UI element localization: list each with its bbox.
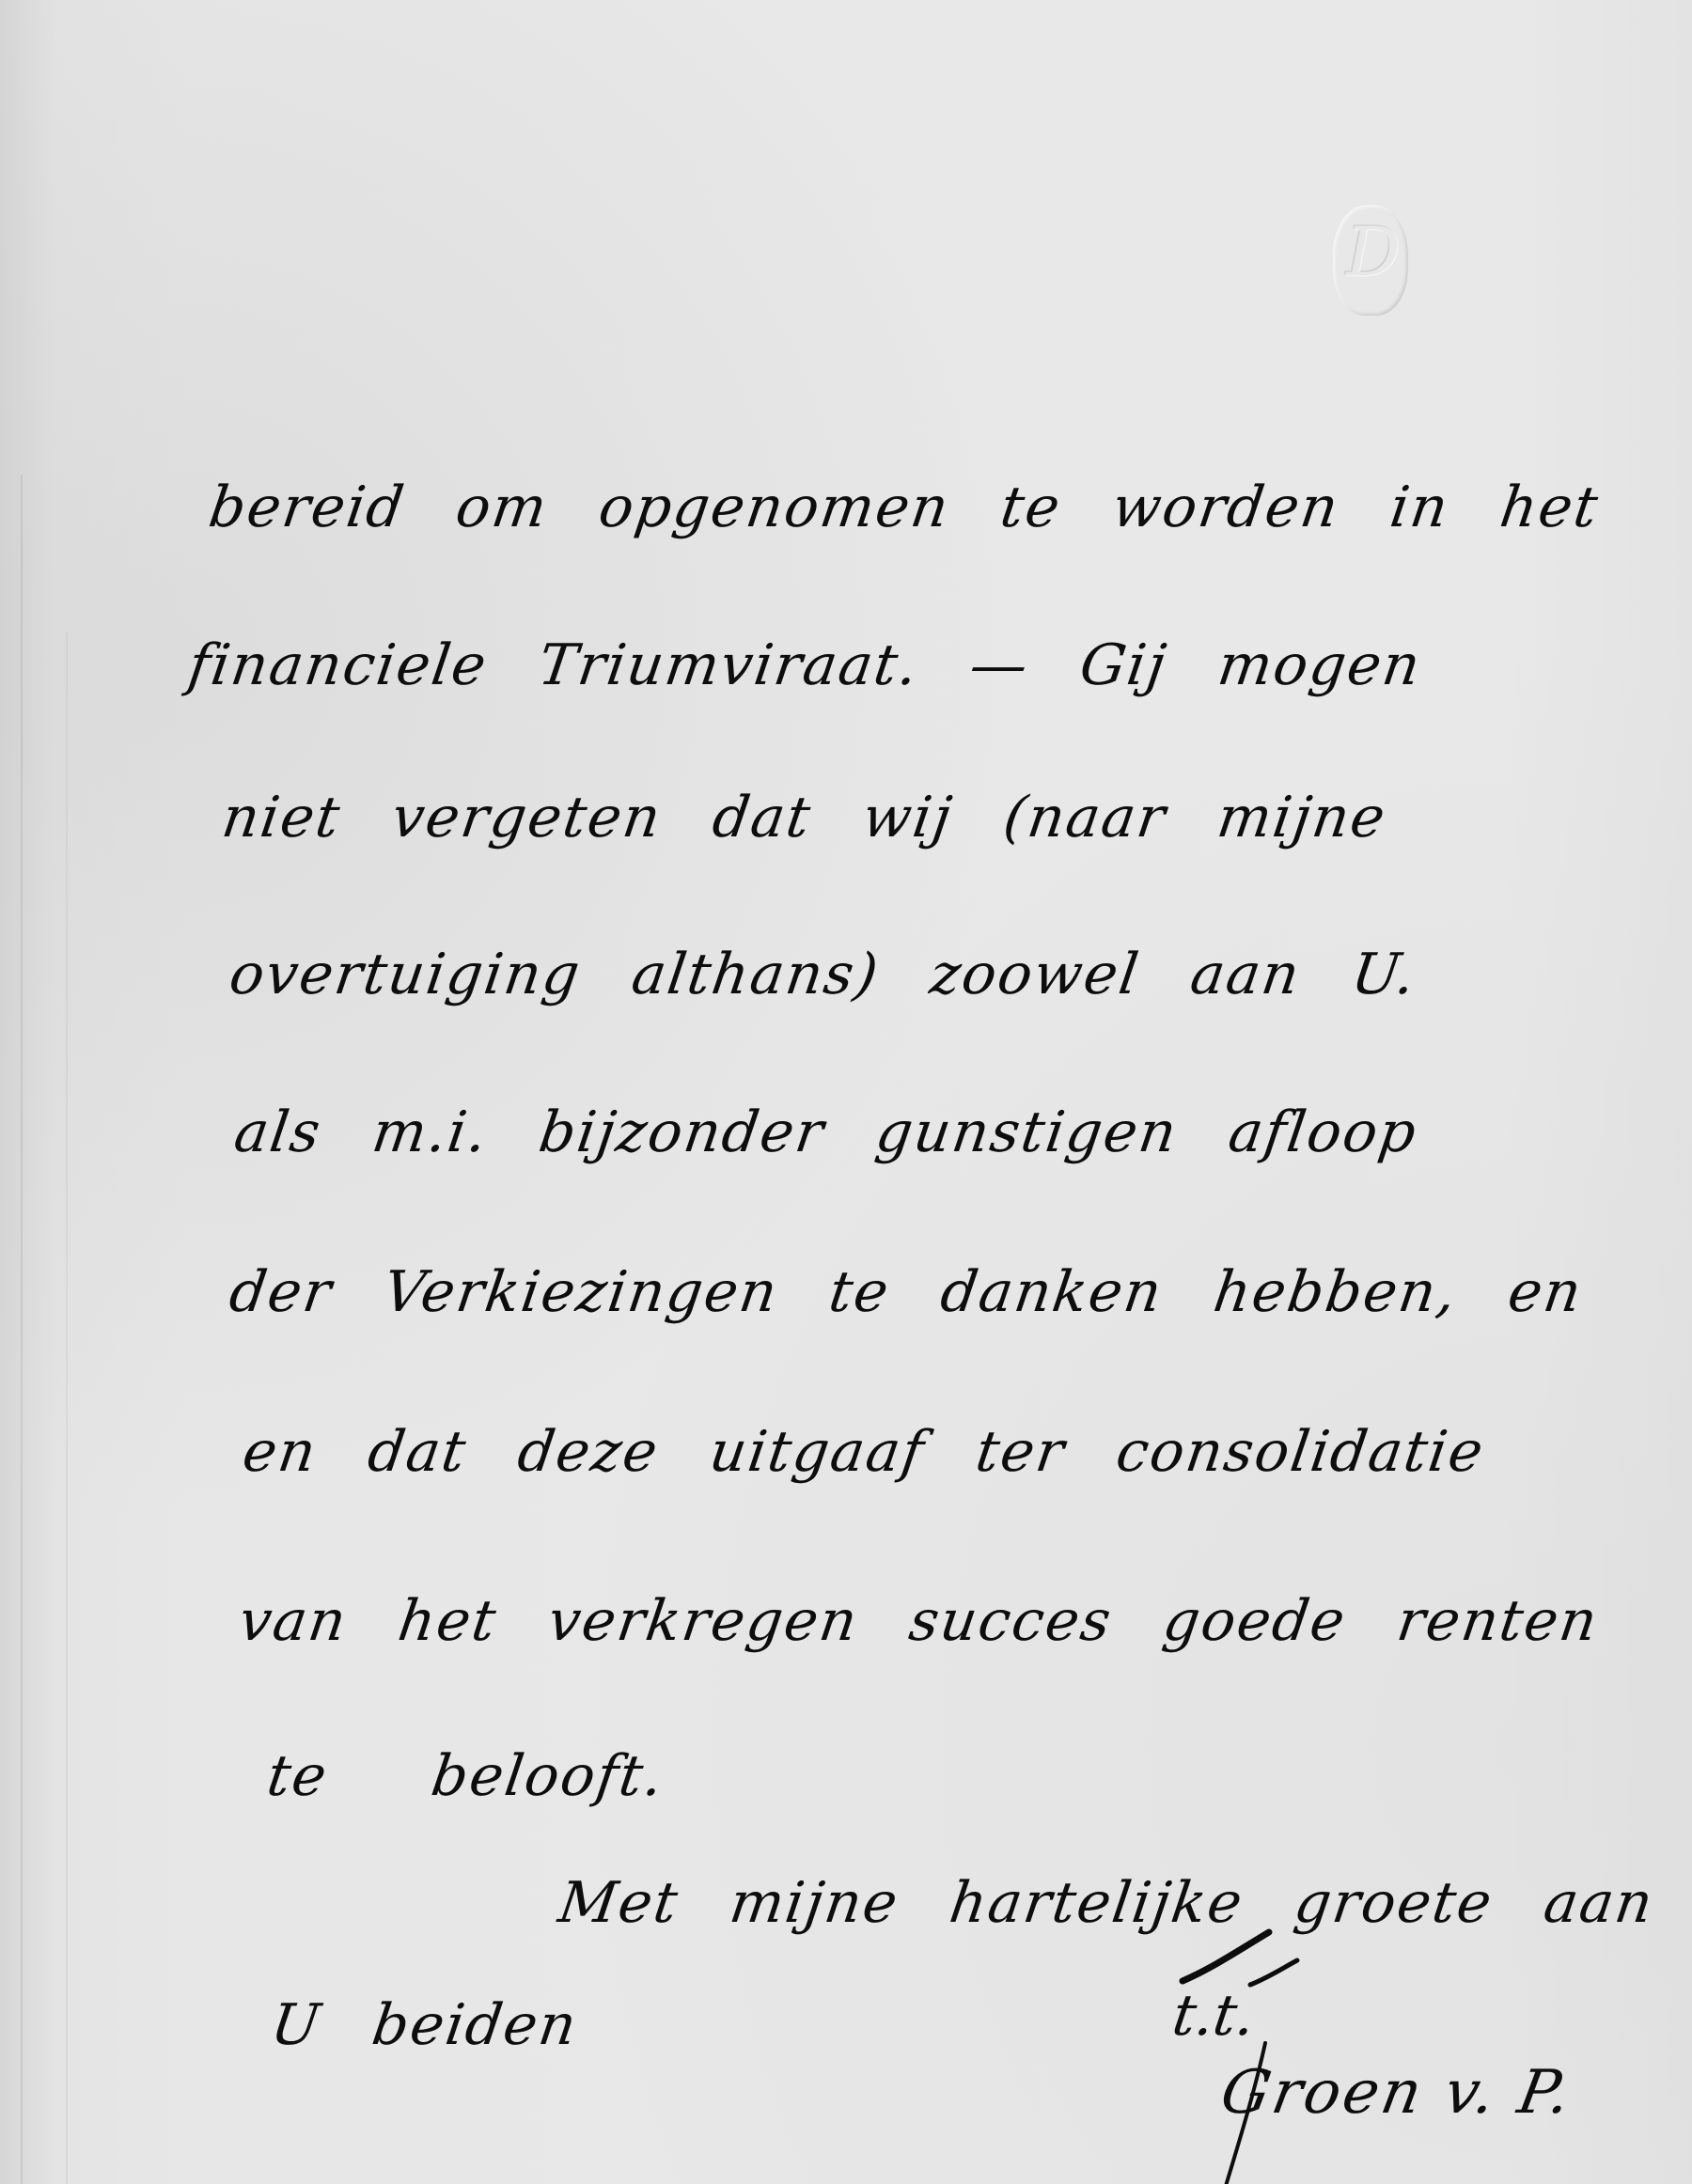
monogram-glyph: D [1346, 218, 1401, 286]
letter-line-9: te belooft. [263, 1743, 668, 1809]
letter-line-5: als m.i. bijzonder gunstigen afloop [230, 1100, 1421, 1165]
embossed-monogram-stamp: D [1333, 205, 1408, 316]
signature: Groen v. P. [1215, 2058, 1577, 2128]
paper-edge-line [21, 475, 23, 2184]
letter-line-1: bereid om opgenomen te worden in het [205, 475, 1604, 540]
letter-line-8: van het verkregen succes goede renten [235, 1588, 1603, 1654]
letter-page: D bereid om opgenomen te worden in het f… [0, 0, 1692, 2184]
closing-greeting-recipients: U beiden [267, 1992, 582, 2058]
closing-greeting: Met mijne hartelijke groete aan [555, 1870, 1658, 1936]
letter-line-7: en dat deze uitgaaf ter consolidatie [239, 1419, 1489, 1485]
letter-line-6: der Verkiezingen te danken hebben, en [226, 1259, 1587, 1325]
letter-line-3: niet vergeten dat wij (naar mijne [218, 785, 1390, 850]
letter-line-2: financiele Triumviraat. — Gij mogen [184, 632, 1426, 698]
paper-fold-line [66, 632, 68, 2184]
letter-line-4: overtuiging althans) zoowel aan U. [226, 942, 1420, 1007]
